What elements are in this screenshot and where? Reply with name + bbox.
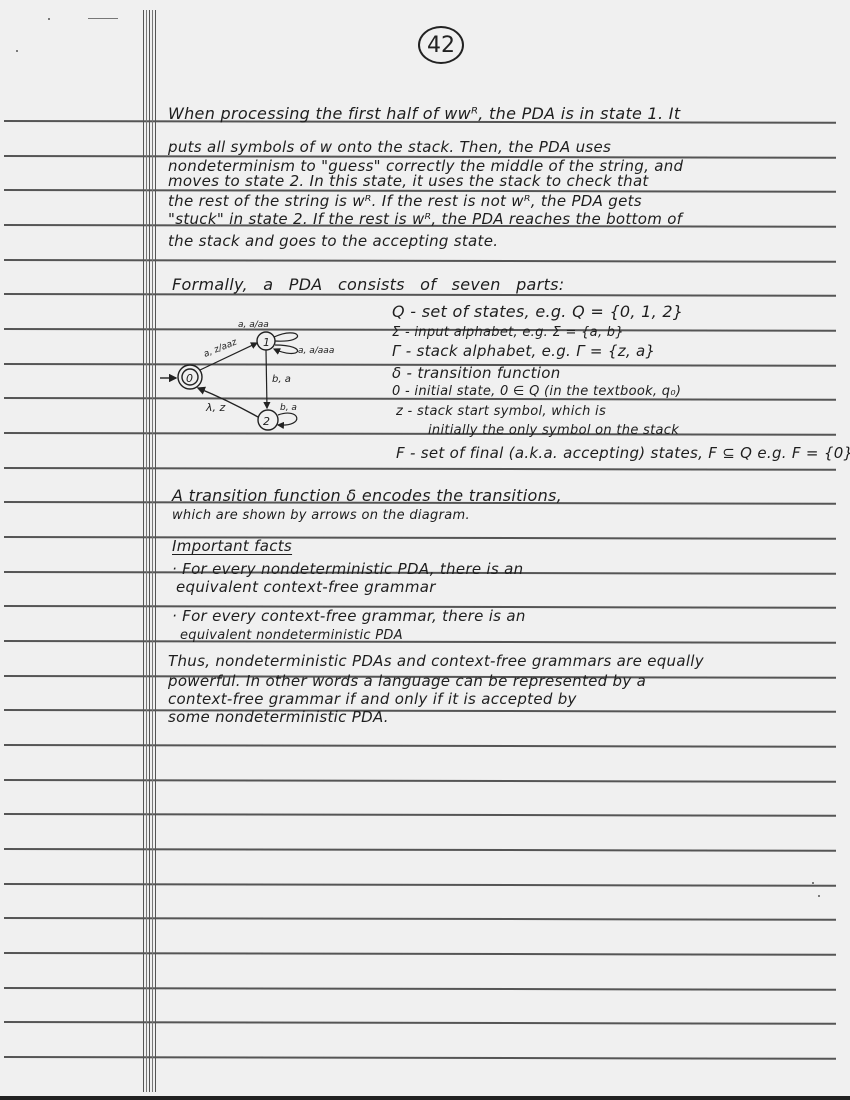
text-line: Thus, nondeterministic PDAs and context-…: [168, 652, 704, 670]
ruled-line: [4, 467, 836, 471]
scan-speck: [818, 895, 820, 897]
margin-line: [143, 10, 144, 1092]
pda-state-diagram: 0 1 2 a, z/aaz a, a/aa a, a/aaa b, a b, …: [150, 295, 380, 435]
text-line: some nondeterministic PDA.: [168, 708, 389, 726]
svg-text:1: 1: [263, 336, 270, 349]
ruled-line: [4, 709, 836, 713]
part-item: 0 - initial state, 0 ∈ Q (in the textboo…: [392, 384, 681, 399]
ruled-line: [4, 259, 836, 263]
svg-text:a, a/aaa: a, a/aaa: [298, 346, 334, 356]
text-line: the stack and goes to the accepting stat…: [168, 232, 498, 250]
scan-speck: [16, 50, 18, 52]
text-line: context-free grammar if and only if it i…: [168, 690, 577, 708]
svg-text:b, a: b, a: [280, 403, 297, 413]
text-line: When processing the first half of wwᴿ, t…: [168, 104, 680, 123]
page-number-text: 42: [427, 33, 455, 58]
text-line: powerful. In other words a language can …: [168, 672, 646, 690]
text-line: the rest of the string is wᴿ. If the res…: [168, 192, 642, 210]
formal-heading: Formally, a PDA consists of seven parts:: [172, 275, 564, 294]
ruled-line: [4, 1056, 836, 1060]
svg-text:2: 2: [263, 415, 270, 428]
ruled-line: [4, 813, 836, 817]
scan-speck: [48, 18, 50, 20]
text-line: equivalent nondeterministic PDA: [180, 628, 403, 643]
ruled-line: [4, 848, 836, 852]
notebook-page: 42 When processing the first half of wwᴿ…: [0, 0, 850, 1096]
text-line: which are shown by arrows on the diagram…: [172, 508, 470, 523]
text-line: equivalent context-free grammar: [176, 578, 436, 596]
svg-text:b, a: b, a: [272, 374, 291, 385]
svg-text:λ, z: λ, z: [205, 401, 226, 414]
margin-line: [152, 10, 153, 1092]
ruled-line: [4, 917, 836, 921]
text-line: moves to state 2. In this state, it uses…: [168, 172, 649, 190]
part-item: initially the only symbol on the stack: [428, 423, 679, 438]
part-item: δ - transition function: [392, 364, 561, 382]
text-line: · For every context-free grammar, there …: [172, 607, 526, 625]
part-item: z - stack start symbol, which is: [396, 404, 606, 419]
page-number: 42: [418, 26, 464, 64]
margin-line: [146, 10, 147, 1092]
scan-mark: [88, 18, 118, 19]
ruled-line: [4, 883, 836, 887]
ruled-line: [4, 952, 836, 956]
margin-line: [155, 10, 156, 1092]
part-item: F - set of final (a.k.a. accepting) stat…: [396, 444, 850, 462]
part-item: Γ - stack alphabet, e.g. Γ = {z, a}: [392, 342, 655, 360]
text-line: puts all symbols of w onto the stack. Th…: [168, 138, 611, 156]
ruled-line: [4, 779, 836, 783]
ruled-line: [4, 1021, 836, 1025]
part-item: Q - set of states, e.g. Q = {0, 1, 2}: [392, 302, 683, 321]
ruled-line: [4, 744, 836, 748]
margin-line: [149, 10, 150, 1092]
text-line: A transition function δ encodes the tran…: [172, 486, 562, 505]
ruled-line: [4, 432, 836, 436]
scan-speck: [812, 882, 814, 884]
scan-bottom-edge: [0, 1096, 850, 1100]
important-facts-heading: Important facts: [172, 537, 292, 555]
svg-text:a, z/aaz: a, z/aaz: [202, 337, 238, 359]
ruled-line: [4, 640, 836, 644]
ruled-line: [4, 536, 836, 540]
part-item: Σ - input alphabet, e.g. Σ = {a, b}: [392, 325, 624, 340]
text-line: · For every nondeterministic PDA, there …: [172, 560, 523, 578]
ruled-line: [4, 987, 836, 991]
text-line: "stuck" in state 2. If the rest is wᴿ, t…: [168, 210, 682, 228]
svg-text:0: 0: [186, 372, 193, 385]
svg-text:a, a/aa: a, a/aa: [238, 320, 269, 330]
